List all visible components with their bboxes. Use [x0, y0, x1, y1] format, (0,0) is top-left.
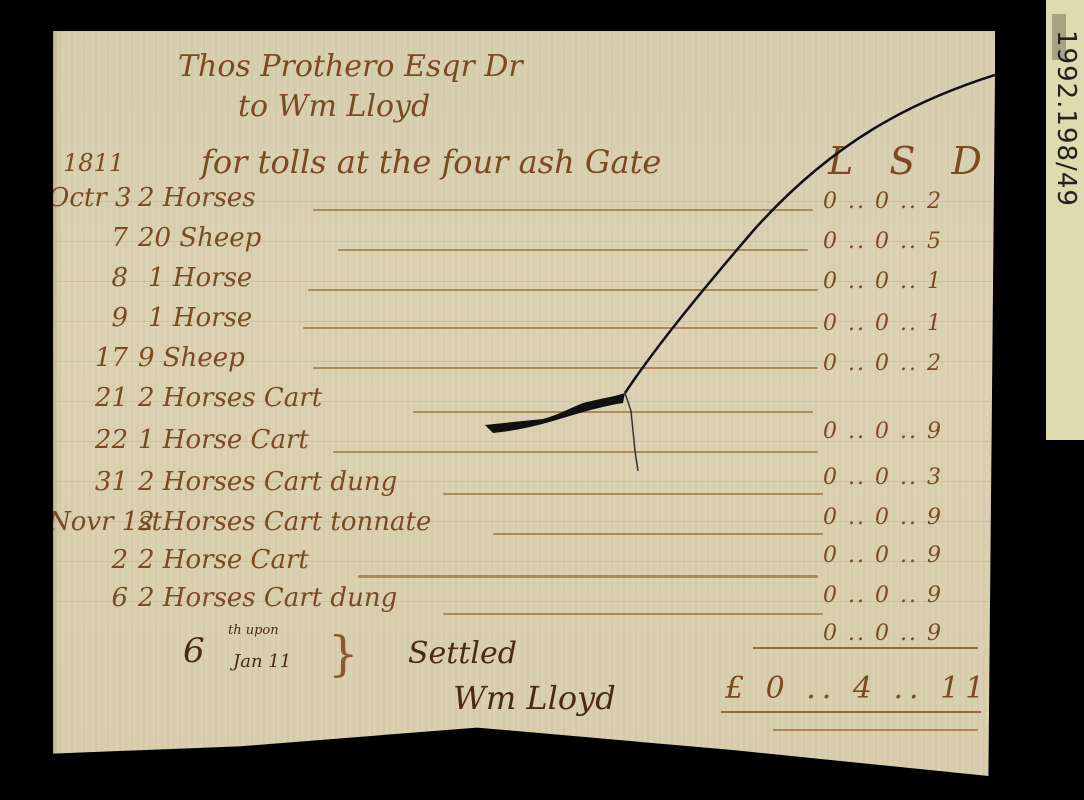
entry-amount: 0 .. 0 .. 1: [823, 269, 983, 294]
total-amount: £ 0 .. 4 .. 11: [725, 671, 990, 706]
entry-description: 1 Horse: [148, 303, 252, 333]
entry-description: 1 Horse: [148, 263, 252, 293]
leader-line: [358, 575, 818, 578]
entry-description: 1 Horse Cart: [138, 425, 309, 455]
entry-description: 2 Horses: [138, 183, 256, 213]
entry-amount: 0 .. 0 .. 2: [823, 189, 983, 214]
brace-mark: }: [328, 626, 359, 682]
entry-amount: 0 .. 0 .. 9: [823, 583, 983, 608]
receipt-paper: Thos Prothero Esqr Dr to Wm Lloyd 1811 f…: [53, 31, 995, 776]
entry-date: 17: [48, 343, 128, 373]
footnote-day: 6: [183, 631, 205, 671]
leader-line: [308, 289, 818, 291]
entry-date: 22: [48, 425, 128, 455]
leader-line: [443, 613, 823, 615]
entry-description: 9 Sheep: [138, 343, 245, 373]
leader-line: [333, 451, 818, 453]
leader-line: [443, 493, 823, 495]
entry-description: 20 Sheep: [138, 223, 261, 253]
entry-description: 2 Horse Cart: [138, 545, 309, 575]
currency-header: L S D: [828, 139, 994, 183]
entry-amount: 0 .. 0 .. 3: [823, 465, 983, 490]
year: 1811: [63, 149, 124, 177]
creditor-heading: to Wm Lloyd: [238, 89, 430, 124]
entry-description: 2 Horses Cart dung: [138, 583, 397, 613]
entry-amount: 0 .. 0 .. 9: [823, 419, 983, 444]
entry-date: 9: [48, 303, 128, 333]
entry-description: 2 Horses Cart: [138, 383, 322, 413]
entry-date: 31: [48, 467, 128, 497]
entry-amount: 0 .. 0 .. 9: [823, 505, 983, 530]
entry-description: 2 Horses Cart tonnate: [138, 507, 431, 537]
total-rule-double: [773, 729, 978, 731]
entry-date: 8: [48, 263, 128, 293]
entry-amount: 0 .. 0 .. 1: [823, 311, 983, 336]
entry-date: 7: [48, 223, 128, 253]
entry-amount: 0 .. 0 .. 9: [823, 543, 983, 568]
entry-description: 2 Horses Cart dung: [138, 467, 397, 497]
total-rule-top: [753, 647, 978, 649]
subject-line: for tolls at the four ash Gate: [201, 143, 661, 181]
leader-line: [313, 367, 818, 369]
entry-amount: 0 .. 0 .. 5: [823, 229, 983, 254]
entry-date: 21: [48, 383, 128, 413]
footnote-month: Jan 11: [233, 651, 291, 672]
entry-date: Octr 3: [48, 183, 128, 213]
settled-text: Settled: [408, 636, 517, 671]
footnote-superscript: th upon: [228, 623, 279, 638]
entry-date: Novr 1st: [48, 507, 128, 537]
leader-line: [338, 249, 808, 251]
total-rule-bottom: [721, 711, 981, 713]
leader-line: [303, 327, 818, 329]
leader-line: [413, 411, 813, 413]
entry-date: 2: [48, 545, 128, 575]
catalogue-number: 1992.198/49: [1049, 30, 1081, 430]
entry-date: 6: [48, 583, 128, 613]
entry-amount: 0 .. 0 .. 9: [823, 621, 983, 646]
entry-amount: 0 .. 0 .. 2: [823, 351, 983, 376]
leader-line: [313, 209, 813, 211]
signature: Wm Lloyd: [453, 679, 616, 717]
debtor-heading: Thos Prothero Esqr Dr: [178, 49, 523, 84]
leader-line: [493, 533, 823, 535]
